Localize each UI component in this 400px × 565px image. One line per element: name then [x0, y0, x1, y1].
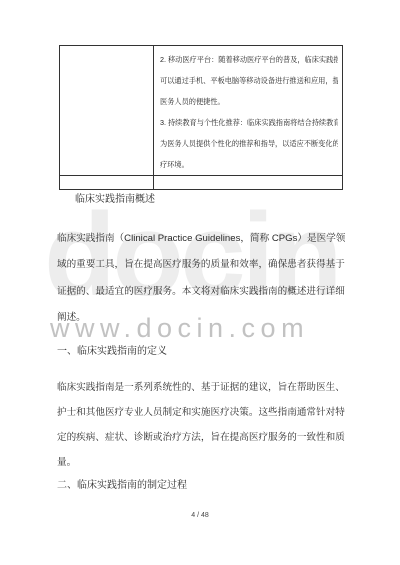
table-cell-line: 疗环境。 — [160, 154, 338, 175]
paragraph-1: 临床实践指南（Clinical Practice Guidelines，简称 C… — [57, 226, 349, 332]
paragraph-line: 量。 — [57, 450, 349, 475]
table-cell-line: 医务人员的便捷性。 — [160, 91, 338, 112]
paragraph-line: 护士和其他医疗专业人员制定和实施医疗决策。这些指南通常针对特 — [57, 400, 349, 425]
table-empty-cell — [60, 46, 154, 176]
paragraph-line: 临床实践指南是一系列系统性的、基于证据的建议，旨在帮助医生、 — [57, 375, 349, 400]
paragraph-line: 阐述。 — [57, 305, 349, 331]
page-content: 2. 移动医疗平台：随着移动医疗平台的普及，临床实践指南 可以通过手机、平板电脑… — [0, 0, 400, 565]
table-row — [60, 176, 343, 190]
table-row: 2. 移动医疗平台：随着移动医疗平台的普及，临床实践指南 可以通过手机、平板电脑… — [60, 46, 343, 176]
page-number: 4 / 48 — [0, 512, 400, 519]
table-empty-cell — [60, 176, 154, 190]
paragraph-line: 域的重要工具，旨在提高医疗服务的质量和效率，确保患者获得基于 — [57, 252, 349, 278]
table-cell-line: 2. 移动医疗平台：随着移动医疗平台的普及，临床实践指南 — [160, 49, 338, 70]
heading-section-2: 二、临床实践指南的制定过程 — [57, 476, 187, 491]
document-page: docin www.docin.com 2. 移动医疗平台：随着移动医疗平台的普… — [0, 0, 400, 565]
table-cell-line: 为医务人员提供个性化的推荐和指导，以适应不断变化的医 — [160, 133, 338, 154]
heading-section-1: 一、临床实践指南的定义 — [57, 342, 167, 357]
table-cell-line: 3. 持续教育与个性化推荐：临床实践指南将结合持续教育， — [160, 112, 338, 133]
content-table: 2. 移动医疗平台：随着移动医疗平台的普及，临床实践指南 可以通过手机、平板电脑… — [59, 45, 343, 190]
table-cell-line: 可以通过手机、平板电脑等移动设备进行推送和应用，提高 — [160, 70, 338, 91]
paragraph-2: 临床实践指南是一系列系统性的、基于证据的建议，旨在帮助医生、 护士和其他医疗专业… — [57, 375, 349, 475]
table-empty-cell — [154, 176, 343, 190]
paragraph-line: 定的疾病、症状、诊断或治疗方法，旨在提高医疗服务的一致性和质 — [57, 425, 349, 450]
heading-overview: 临床实践指南概述 — [75, 190, 155, 205]
paragraph-line: 证据的、最适宜的医疗服务。本文将对临床实践指南的概述进行详细 — [57, 279, 349, 305]
table-text-cell: 2. 移动医疗平台：随着移动医疗平台的普及，临床实践指南 可以通过手机、平板电脑… — [154, 46, 343, 176]
paragraph-line: 临床实践指南（Clinical Practice Guidelines，简称 C… — [57, 226, 349, 252]
